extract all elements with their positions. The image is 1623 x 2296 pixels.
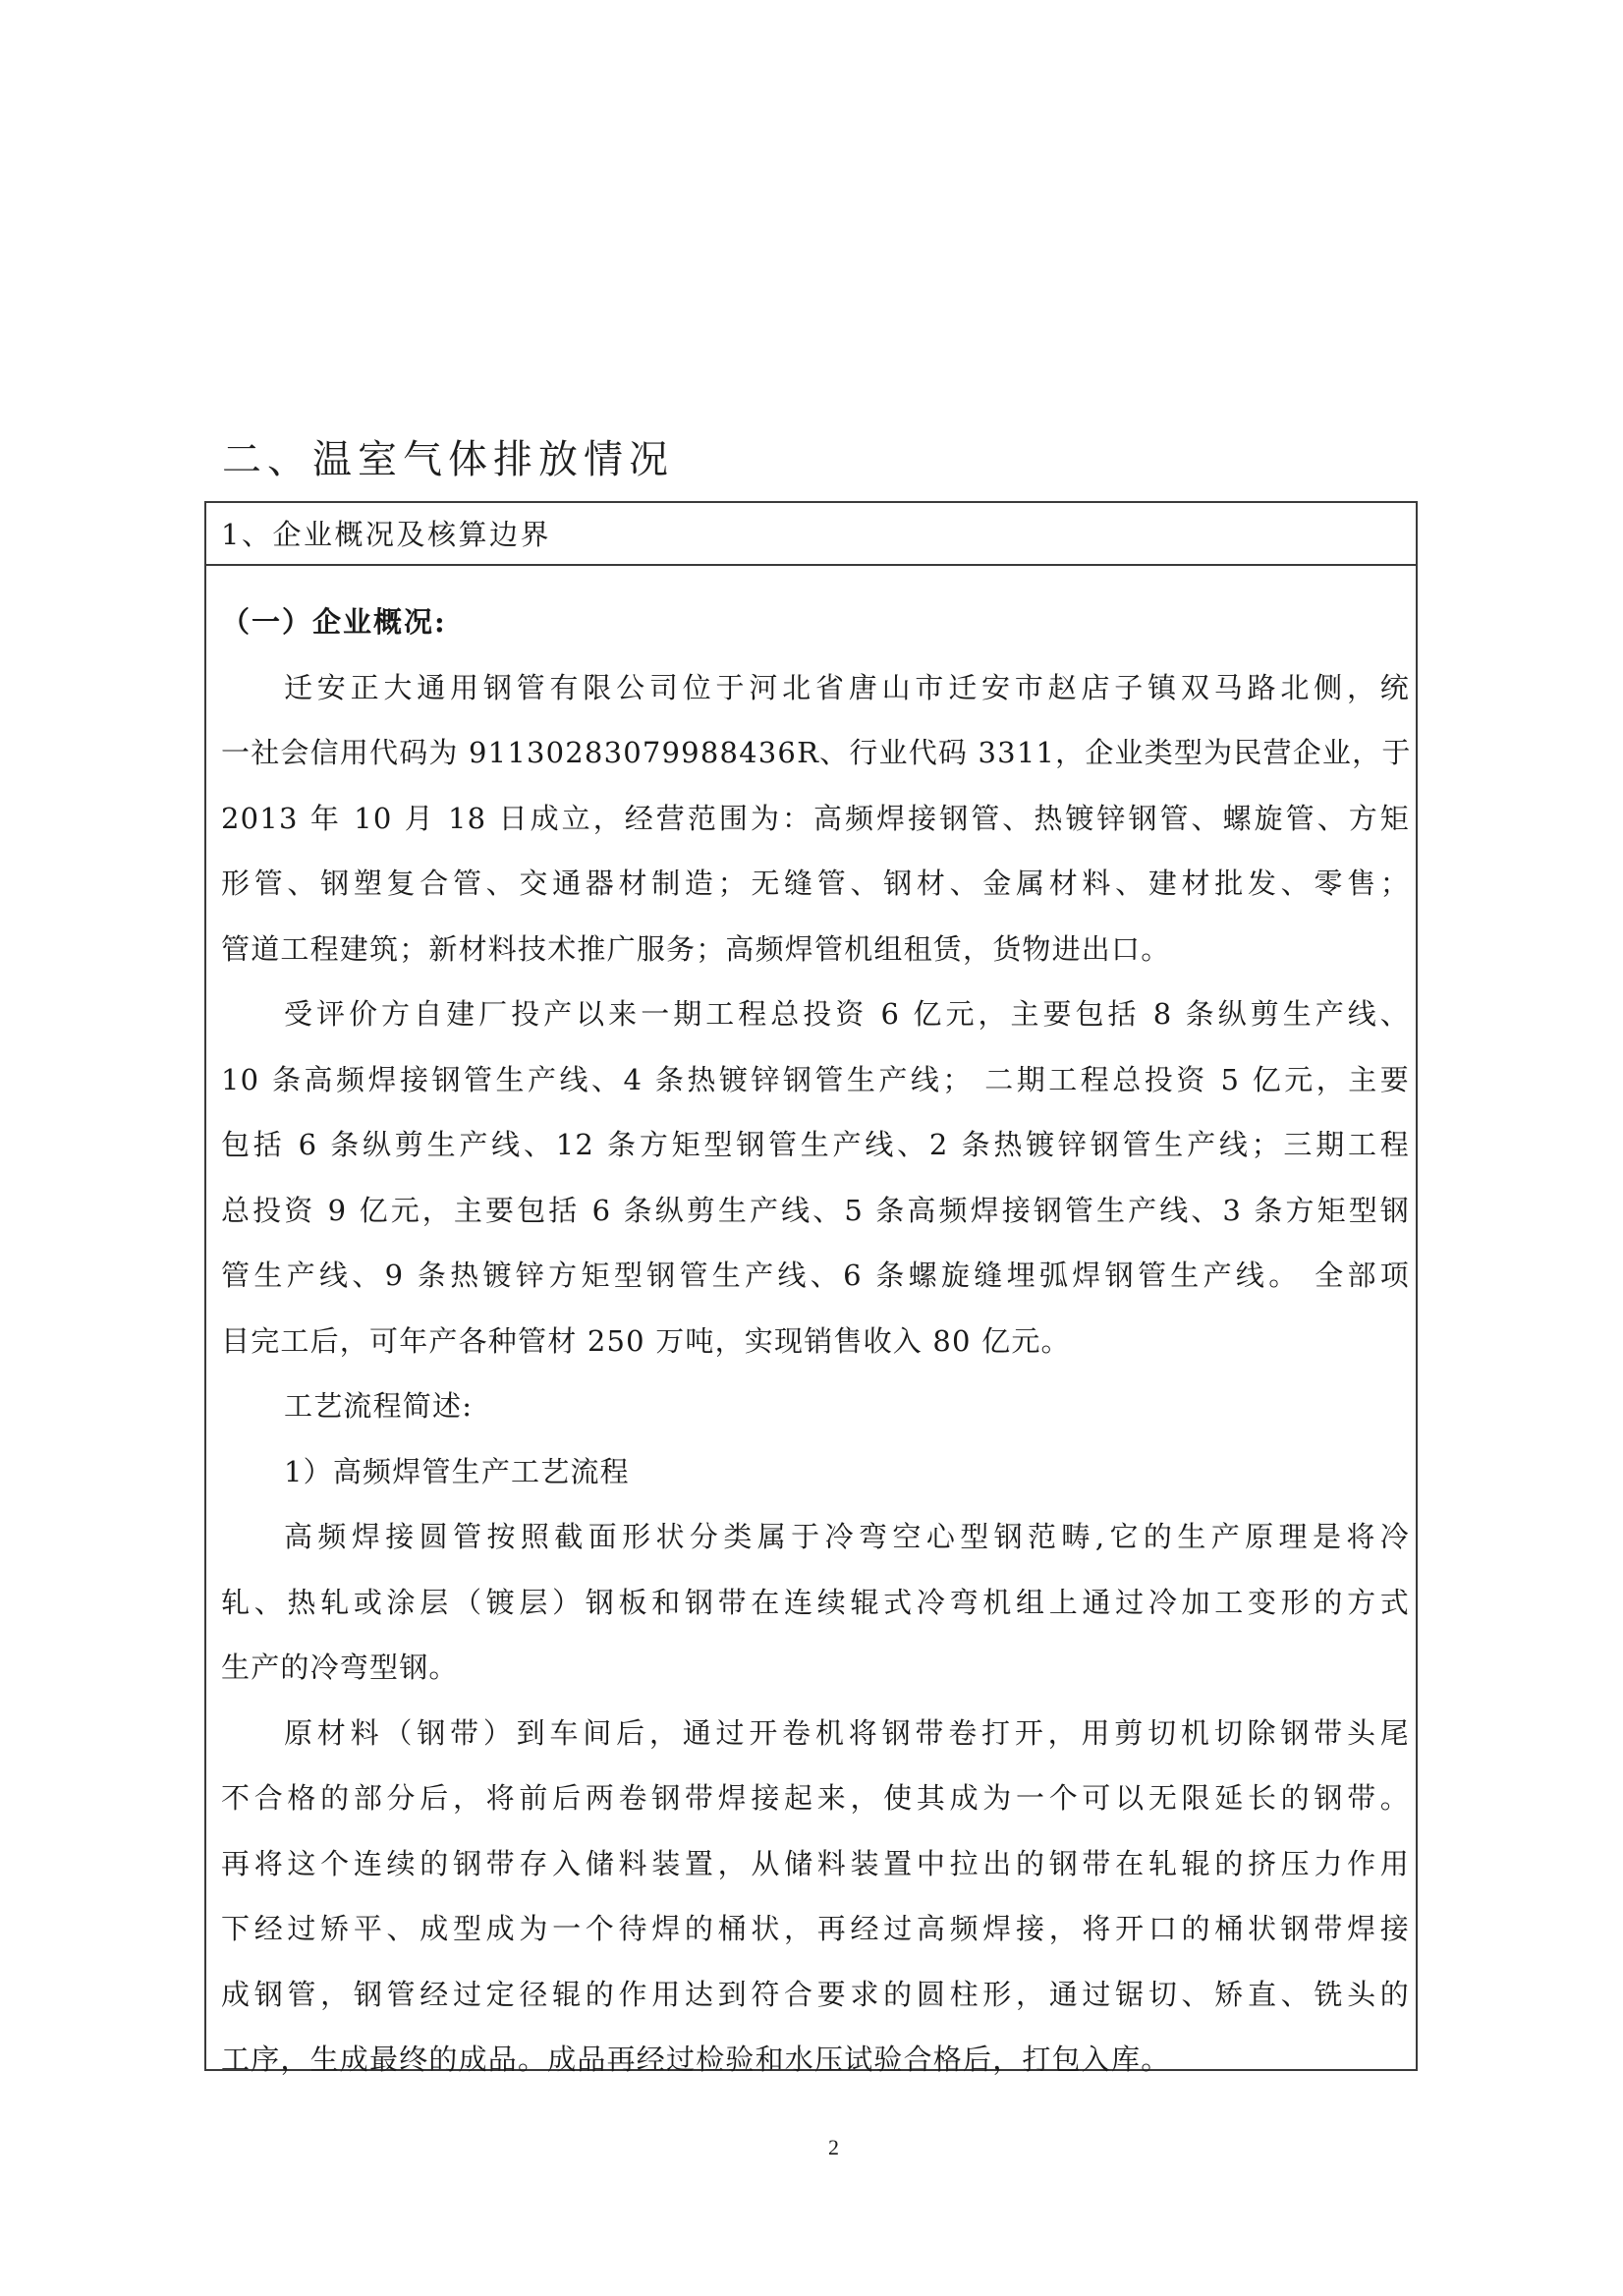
body-text-line: 包括 6 条纵剪生产线、12 条方矩型钢管生产线、2 条热镀锌钢管生产线；三期工…	[221, 1112, 1410, 1178]
body-text-line: 工序，生成最终的成品。成品再经过检验和水压试验合格后，打包入库。	[221, 2027, 1410, 2093]
body-text-line: 形管、钢塑复合管、交通器材制造；无缝管、钢材、金属材料、建材批发、零售；	[221, 851, 1410, 917]
body-text-line: 下经过矫平、成型成为一个待焊的桶状，再经过高频焊接，将开口的桶状钢带焊接	[221, 1896, 1410, 1962]
table-header-title: 1、企业概况及核算边界	[221, 513, 551, 556]
subsection-title: （一）企业概况:	[221, 589, 1410, 655]
body-text-line: 目完工后，可年产各种管材 250 万吨，实现销售收入 80 亿元。	[221, 1309, 1410, 1374]
body-text-line: 1）高频焊管生产工艺流程	[221, 1439, 1410, 1505]
body-text-line: 不合格的部分后，将前后两卷钢带焊接起来，使其成为一个可以无限延长的钢带。	[221, 1765, 1410, 1831]
body-text-line: 10 条高频焊接钢管生产线、4 条热镀锌钢管生产线； 二期工程总投资 5 亿元，…	[221, 1047, 1410, 1113]
company-overview-table: 1、企业概况及核算边界 （一）企业概况: 迁安正大通用钢管有限公司位于河北省唐山…	[204, 501, 1418, 2071]
body-paragraphs: 迁安正大通用钢管有限公司位于河北省唐山市迁安市赵店子镇双马路北侧，统一社会信用代…	[221, 655, 1410, 2093]
body-text-line: 2013 年 10 月 18 日成立，经营范围为：高频焊接钢管、热镀锌钢管、螺旋…	[221, 786, 1410, 852]
body-text-line: 原材料（钢带）到车间后，通过开卷机将钢带卷打开，用剪切机切除钢带头尾	[221, 1701, 1410, 1766]
body-text-line: 管道工程建筑；新材料技术推广服务；高频焊管机组租赁，货物进出口。	[221, 917, 1410, 982]
table-body: （一）企业概况: 迁安正大通用钢管有限公司位于河北省唐山市迁安市赵店子镇双马路北…	[221, 589, 1410, 2093]
page-number: 2	[828, 2134, 839, 2161]
body-text-line: 迁安正大通用钢管有限公司位于河北省唐山市迁安市赵店子镇双马路北侧，统	[221, 655, 1410, 721]
body-text-line: 成钢管，钢管经过定径辊的作用达到符合要求的圆柱形，通过锯切、矫直、铣头的	[221, 1962, 1410, 2028]
section-heading: 二、温室气体排放情况	[222, 434, 674, 485]
body-text-line: 生产的冷弯型钢。	[221, 1635, 1410, 1701]
table-header-row: 1、企业概况及核算边界	[206, 503, 1416, 566]
body-text-line: 受评价方自建厂投产以来一期工程总投资 6 亿元，主要包括 8 条纵剪生产线、	[221, 981, 1410, 1047]
body-text-line: 高频焊接圆管按照截面形状分类属于冷弯空心型钢范畴,它的生产原理是将冷	[221, 1504, 1410, 1570]
body-text-line: 工艺流程简述:	[221, 1373, 1410, 1439]
body-text-line: 管生产线、9 条热镀锌方矩型钢管生产线、6 条螺旋缝埋弧焊钢管生产线。 全部项	[221, 1243, 1410, 1309]
body-text-line: 总投资 9 亿元，主要包括 6 条纵剪生产线、5 条高频焊接钢管生产线、3 条方…	[221, 1178, 1410, 1244]
body-text-line: 一社会信用代码为 91130283079988436R、行业代码 3311，企业…	[221, 720, 1410, 786]
body-text-line: 再将这个连续的钢带存入储料装置，从储料装置中拉出的钢带在轧辊的挤压力作用	[221, 1831, 1410, 1897]
body-text-line: 轧、热轧或涂层（镀层）钢板和钢带在连续辊式冷弯机组上通过冷加工变形的方式	[221, 1570, 1410, 1636]
